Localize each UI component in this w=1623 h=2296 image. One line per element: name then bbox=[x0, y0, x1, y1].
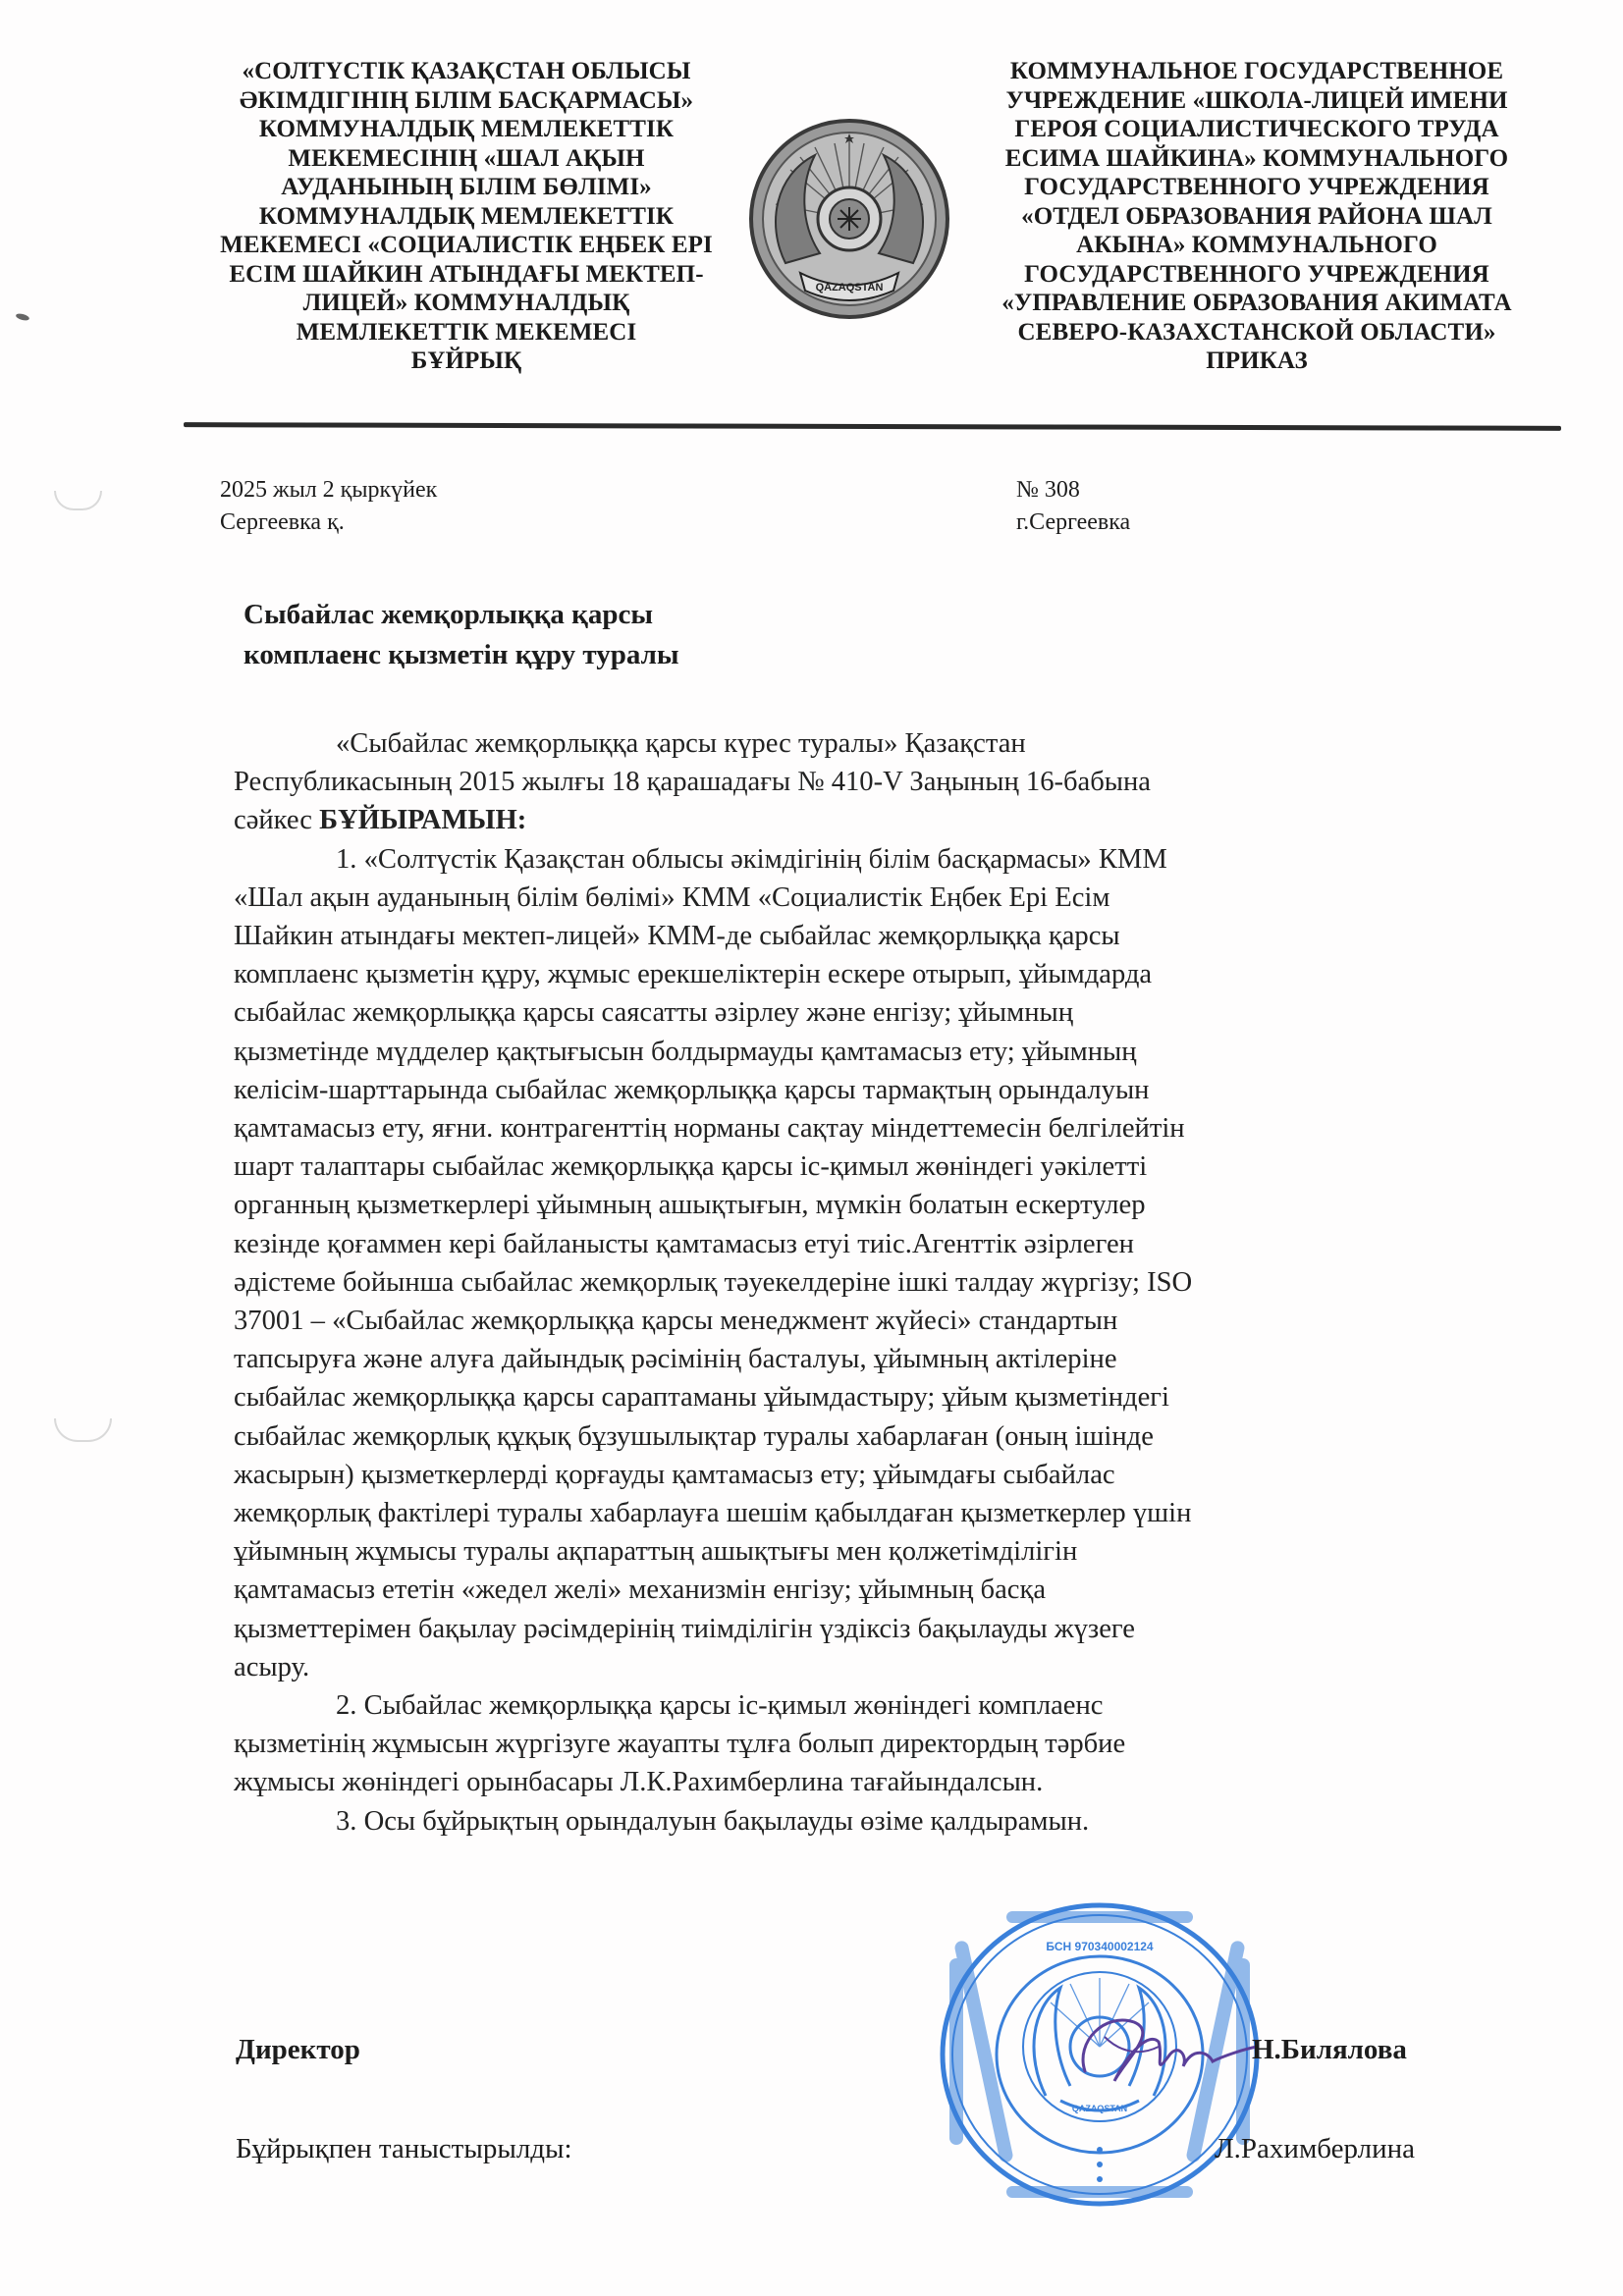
header-ru-line: СЕВЕРО-КАЗАХСТАНСКОЙ ОБЛАСТИ» bbox=[957, 318, 1556, 347]
date-place-kz: 2025 жыл 2 қыркүйек Сергеевка қ. bbox=[220, 474, 437, 539]
item-2-line: 2. Сыбайлас жемқорлыққа қарсы іс-қимыл ж… bbox=[234, 1686, 1530, 1725]
item-1-line: сыбайлас жемқорлыққа қарсы сараптаманы ұ… bbox=[234, 1378, 1530, 1416]
document-date: 2025 жыл 2 қыркүйек bbox=[220, 474, 437, 507]
header-kz-line: МЕКЕМЕСІНІҢ «ШАЛ АҚЫН bbox=[201, 144, 731, 174]
document-place-ru: г.Сергеевка bbox=[1016, 507, 1130, 539]
item-1-line: сыбайлас жемқорлық құқық бұзушылықтар ту… bbox=[234, 1417, 1530, 1456]
header-kz-line: КОММУНАЛДЫҚ МЕМЛЕКЕТТІК bbox=[201, 115, 731, 144]
header-ru-line: «УПРАВЛЕНИЕ ОБРАЗОВАНИЯ АКИМАТА bbox=[957, 289, 1556, 318]
item-1-line: кезінде қоғаммен кері байланысты қамтама… bbox=[234, 1225, 1530, 1263]
header-kazakh: «СОЛТҮСТІК ҚАЗАҚСТАН ОБЛЫСЫ ӘКІМДІГІНІҢ … bbox=[201, 57, 731, 376]
svg-text:QAZAQSTAN: QAZAQSTAN bbox=[816, 282, 884, 294]
header-kz-line: ӘКІМДІГІНІҢ БІЛІМ БАСҚАРМАСЫ» bbox=[201, 86, 731, 116]
preamble-line: сәйкес БҰЙЫРАМЫН: bbox=[234, 801, 1530, 839]
item-1-line: шарт талаптары сыбайлас жемқорлыққа қарс… bbox=[234, 1148, 1530, 1186]
document-body: «Сыбайлас жемқорлыққа қарсы күрес туралы… bbox=[234, 724, 1530, 1841]
item-1-line: Шайкин атындағы мектеп-лицей» КММ-де сыб… bbox=[234, 917, 1530, 955]
item-1-line: қызметтерімен бақылау рәсімдерінің тиімд… bbox=[234, 1610, 1530, 1648]
header-kz-line: МЕМЛЕКЕТТІК МЕКЕМЕСІ bbox=[201, 318, 731, 347]
header-ru-line: ГЕРОЯ СОЦИАЛИСТИЧЕСКОГО ТРУДА bbox=[957, 115, 1556, 144]
scan-artifact bbox=[54, 1418, 112, 1442]
header-ru-line: ГОСУДАРСТВЕННОГО УЧРЕЖДЕНИЯ bbox=[957, 260, 1556, 290]
item-1-line: жасырын) қызметкерлерді қорғауды қамтама… bbox=[234, 1456, 1530, 1494]
item-1-line: 37001 – «Сыбайлас жемқорлыққа қарсы мене… bbox=[234, 1302, 1530, 1340]
item-1-line: 1. «Солтүстік Қазақстан облысы әкімдігін… bbox=[234, 840, 1530, 879]
director-label: Директор bbox=[236, 2034, 360, 2066]
item-3-line: 3. Осы бұйрықтың орындалуын бақылауды өз… bbox=[234, 1802, 1530, 1841]
director-signature-icon bbox=[1065, 2002, 1262, 2096]
item-1-line: келісім-шарттарында сыбайлас жемқорлыққа… bbox=[234, 1071, 1530, 1109]
header-russian: КОММУНАЛЬНОЕ ГОСУДАРСТВЕННОЕ УЧРЕЖДЕНИЕ … bbox=[957, 57, 1556, 376]
header-ru-line: УЧРЕЖДЕНИЕ «ШКОЛА-ЛИЦЕЙ ИМЕНИ bbox=[957, 86, 1556, 116]
header-ru-line: «ОТДЕЛ ОБРАЗОВАНИЯ РАЙОНА ШАЛ bbox=[957, 202, 1556, 232]
acknowledged-label: Бұйрықпен таныстырылды: bbox=[236, 2133, 572, 2165]
document-type-ru: ПРИКАЗ bbox=[957, 347, 1556, 376]
item-1-line: ұйымның жұмысы туралы ақпараттың ашықтығ… bbox=[234, 1532, 1530, 1571]
scan-artifact bbox=[54, 491, 102, 510]
title-line: комплаенс қызметін құру туралы bbox=[243, 635, 679, 675]
svg-text:БСН 970340002124: БСН 970340002124 bbox=[1046, 1940, 1154, 1953]
item-2-line: қызметінің жұмысын жүргізуге жауапты тұл… bbox=[234, 1725, 1530, 1763]
order-word: БҰЙЫРАМЫН: bbox=[319, 805, 526, 835]
header-divider bbox=[184, 422, 1561, 431]
title-line: Сыбайлас жемқорлыққа қарсы bbox=[243, 595, 679, 635]
item-1-line: комплаенс қызметін құру, жұмыс ерекшелік… bbox=[234, 955, 1530, 993]
header-ru-line: АКЫНА» КОММУНАЛЬНОГО bbox=[957, 231, 1556, 260]
header-ru-line: КОММУНАЛЬНОЕ ГОСУДАРСТВЕННОЕ bbox=[957, 57, 1556, 86]
acknowledged-name: Л.Рахимберлина bbox=[1215, 2133, 1415, 2165]
item-1-line: жемқорлық фактілері туралы хабарлауға ше… bbox=[234, 1494, 1530, 1532]
header-kz-line: ЛИЦЕЙ» КОММУНАЛДЫҚ bbox=[201, 289, 731, 318]
header-kz-line: ЕСІМ ШАЙКИН АТЫНДАҒЫ МЕКТЕП- bbox=[201, 260, 731, 290]
state-emblem-icon: QAZAQSTAN bbox=[746, 116, 952, 322]
item-1-line: қызметінде мүдделер қақтығысын болдырмау… bbox=[234, 1033, 1530, 1071]
document-page: «СОЛТҮСТІК ҚАЗАҚСТАН ОБЛЫСЫ ӘКІМДІГІНІҢ … bbox=[0, 0, 1623, 2296]
item-1-line: сыбайлас жемқорлыққа қарсы саясатты әзір… bbox=[234, 993, 1530, 1032]
item-1-line: қамтамасыз ету, яғни. контрагенттің норм… bbox=[234, 1109, 1530, 1148]
preamble-line: «Сыбайлас жемқорлыққа қарсы күрес туралы… bbox=[234, 724, 1530, 763]
item-1-line: органның қызметкерлері ұйымның ашықтығын… bbox=[234, 1186, 1530, 1224]
preamble-line: Республикасының 2015 жылғы 18 қарашадағы… bbox=[234, 763, 1530, 801]
scan-artifact bbox=[15, 312, 29, 321]
header-ru-line: ЕСИМА ШАЙКИНА» КОММУНАЛЬНОГО bbox=[957, 144, 1556, 174]
document-place-kz: Сергеевка қ. bbox=[220, 507, 437, 539]
item-1-line: әдістеме бойынша сыбайлас жемқорлық тәуе… bbox=[234, 1263, 1530, 1302]
item-2-line: жұмысы жөніндегі орынбасары Л.К.Рахимбер… bbox=[234, 1763, 1530, 1801]
item-1-line: тапсыруға және алуға дайындық рәсімінің … bbox=[234, 1340, 1530, 1378]
header-kz-line: МЕКЕМЕСІ «СОЦИАЛИСТІК ЕҢБЕК ЕРІ bbox=[201, 231, 731, 260]
item-1-line: қамтамасыз ететін «жедел желі» механизмі… bbox=[234, 1571, 1530, 1609]
header-ru-line: ГОСУДАРСТВЕННОГО УЧРЕЖДЕНИЯ bbox=[957, 173, 1556, 202]
director-name: Н.Билялова bbox=[1252, 2034, 1407, 2066]
document-type-kz: БҰЙРЫҚ bbox=[201, 347, 731, 376]
item-1-line: «Шал ақын ауданының білім бөлімі» КММ «С… bbox=[234, 879, 1530, 917]
header-kz-line: КОММУНАЛДЫҚ МЕМЛЕКЕТТІК bbox=[201, 202, 731, 232]
item-1-line: асыру. bbox=[234, 1648, 1530, 1686]
header-kz-line: АУДАНЫНЫҢ БІЛІМ БӨЛІМІ» bbox=[201, 173, 731, 202]
number-place-ru: № 308 г.Сергеевка bbox=[1016, 474, 1130, 539]
preamble-prefix: сәйкес bbox=[234, 805, 319, 835]
header-kz-line: «СОЛТҮСТІК ҚАЗАҚСТАН ОБЛЫСЫ bbox=[201, 57, 731, 86]
document-title: Сыбайлас жемқорлыққа қарсы комплаенс қыз… bbox=[243, 595, 679, 675]
svg-text:QAZAQSTAN: QAZAQSTAN bbox=[1072, 2104, 1127, 2113]
document-number: № 308 bbox=[1016, 474, 1130, 507]
